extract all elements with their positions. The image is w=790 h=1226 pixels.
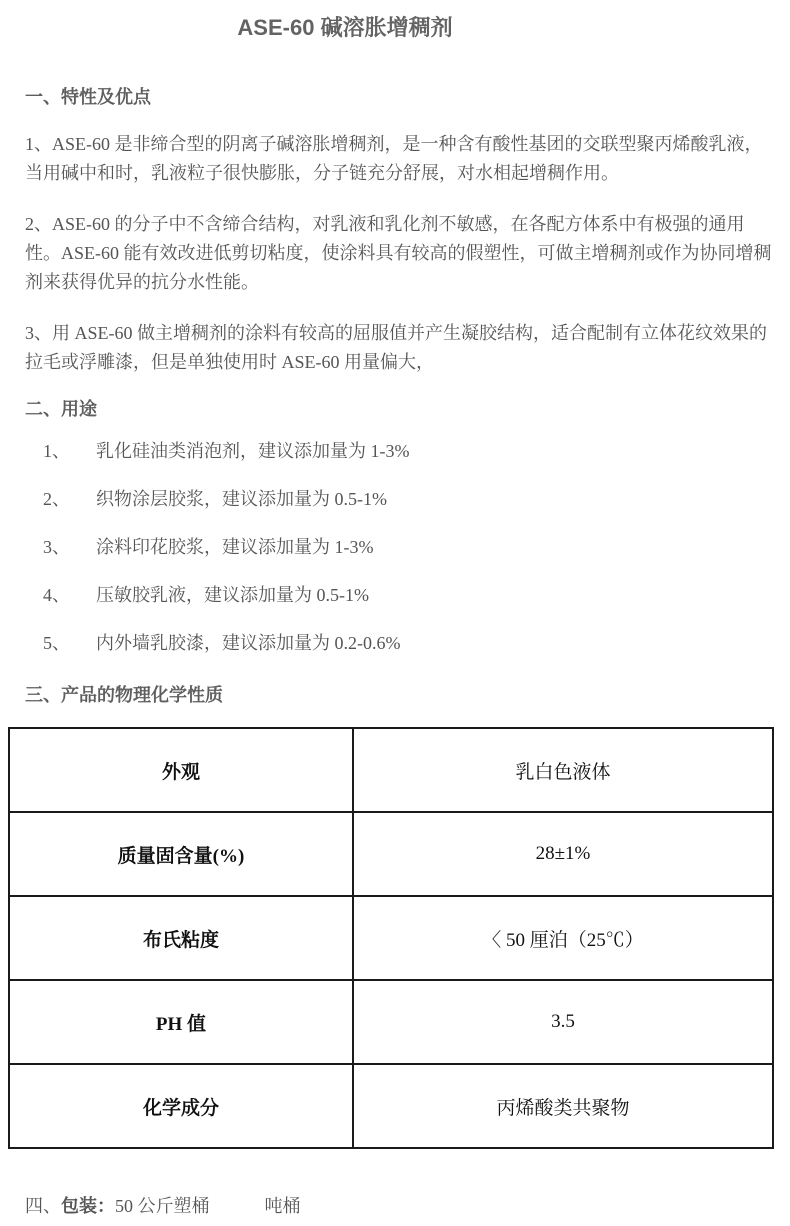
table-row: 布氏粘度 〈 50 厘泊（25℃） xyxy=(9,896,773,980)
property-value: 丙烯酸类共聚物 xyxy=(353,1064,773,1148)
table-row: 外观 乳白色液体 xyxy=(9,728,773,812)
use-item-text: 内外墙乳胶漆，建议添加量为 0.2-0.6% xyxy=(96,633,401,653)
property-label: 化学成分 xyxy=(9,1064,353,1148)
use-item-text: 压敏胶乳液，建议添加量为 0.5-1% xyxy=(96,585,369,605)
use-item-text: 乳化硅油类消泡剂，建议添加量为 1-3% xyxy=(96,441,410,461)
features-paragraph-2: 2、ASE-60 的分子中不含缔合结构，对乳液和乳化剂不敏感，在各配方体系中有极… xyxy=(25,210,775,297)
table-row: PH 值 3.5 xyxy=(9,980,773,1064)
properties-table: 外观 乳白色液体 质量固含量(%) 28±1% 布氏粘度 〈 50 厘泊（25℃… xyxy=(8,727,774,1149)
table-row: 质量固含量(%) 28±1% xyxy=(9,812,773,896)
packaging-number: 四、 xyxy=(25,1196,61,1216)
use-item-number: 3、 xyxy=(43,535,96,560)
property-value: 28±1% xyxy=(353,812,773,896)
use-item-text: 织物涂层胶浆，建议添加量为 0.5-1% xyxy=(96,489,387,509)
use-list-item: 3、涂料印花胶浆，建议添加量为 1-3% xyxy=(25,535,775,560)
use-list-item: 1、乳化硅油类消泡剂，建议添加量为 1-3% xyxy=(25,439,775,464)
use-list-item: 2、织物涂层胶浆，建议添加量为 0.5-1% xyxy=(25,487,775,512)
section-heading-uses: 二、用途 xyxy=(25,397,775,421)
packaging-line: 四、包装：50 公斤塑桶吨桶 xyxy=(25,1194,775,1218)
property-value: 〈 50 厘泊（25℃） xyxy=(353,896,773,980)
property-value: 乳白色液体 xyxy=(353,728,773,812)
packaging-label: 包装： xyxy=(61,1196,115,1216)
document-page: ASE-60 碱溶胀增稠剂 一、特性及优点 1、ASE-60 是非缔合型的阴离子… xyxy=(0,0,790,1226)
property-label: PH 值 xyxy=(9,980,353,1064)
doc-title: ASE-60 碱溶胀增稠剂 xyxy=(25,14,775,42)
features-paragraph-1: 1、ASE-60 是非缔合型的阴离子碱溶胀增稠剂，是一种含有酸性基团的交联型聚丙… xyxy=(25,130,775,188)
features-paragraph-3: 3、用 ASE-60 做主增稠剂的涂料有较高的屈服值并产生凝胶结构，适合配制有立… xyxy=(25,319,775,377)
property-label: 布氏粘度 xyxy=(9,896,353,980)
packaging-value-drum: 50 公斤塑桶 xyxy=(115,1196,210,1216)
section-heading-features: 一、特性及优点 xyxy=(25,85,775,109)
table-row: 化学成分 丙烯酸类共聚物 xyxy=(9,1064,773,1148)
use-item-number: 5、 xyxy=(43,631,96,656)
use-item-number: 2、 xyxy=(43,487,96,512)
section-heading-properties: 三、产品的物理化学性质 xyxy=(25,683,775,707)
use-list-item: 5、内外墙乳胶漆，建议添加量为 0.2-0.6% xyxy=(25,631,775,656)
packaging-value-ton-drum: 吨桶 xyxy=(265,1196,301,1216)
use-item-text: 涂料印花胶浆，建议添加量为 1-3% xyxy=(96,537,374,557)
property-label: 质量固含量(%) xyxy=(9,812,353,896)
use-item-number: 1、 xyxy=(43,439,96,464)
property-value: 3.5 xyxy=(353,980,773,1064)
property-label: 外观 xyxy=(9,728,353,812)
use-item-number: 4、 xyxy=(43,583,96,608)
use-list-item: 4、压敏胶乳液，建议添加量为 0.5-1% xyxy=(25,583,775,608)
